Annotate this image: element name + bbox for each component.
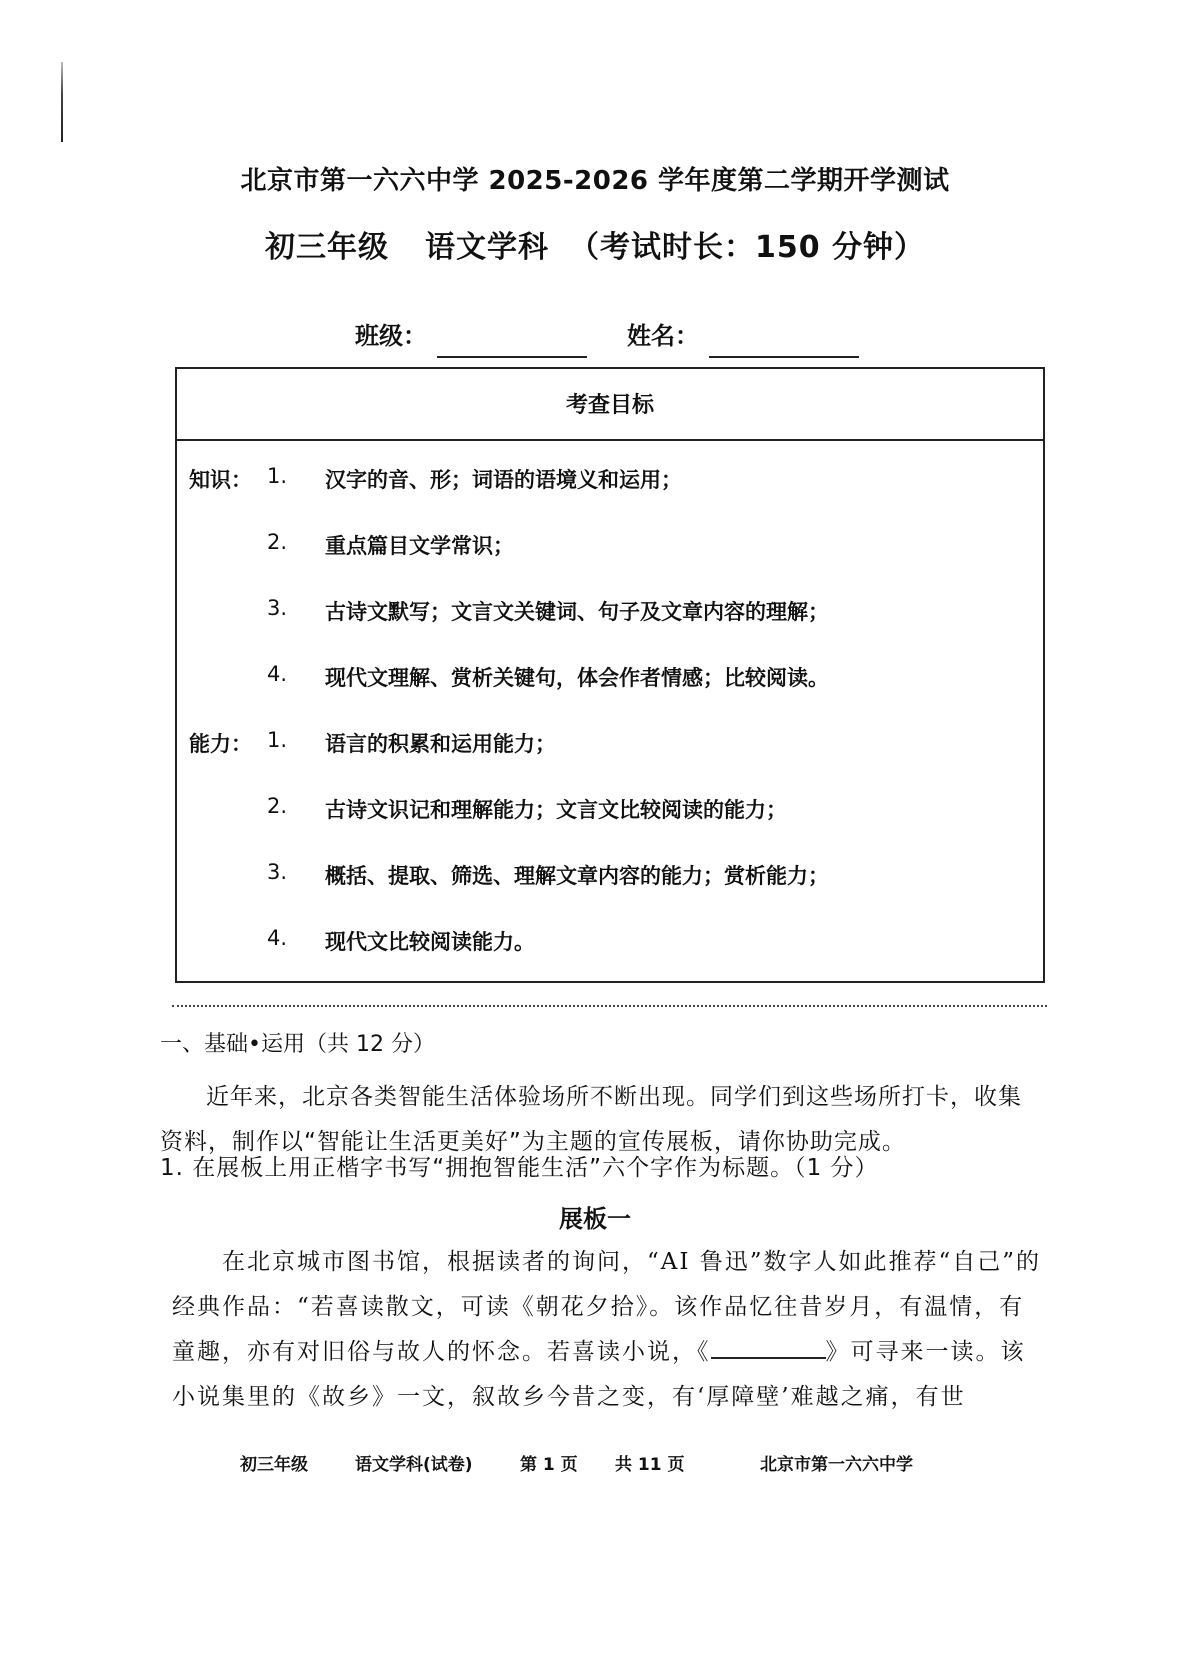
duration-label: （考试时长：150 分钟） <box>569 230 925 265</box>
name-label: 姓名： <box>627 316 699 351</box>
footer-total: 共 11 页 <box>615 1450 760 1475</box>
board-title: 展板一 <box>0 1199 1190 1234</box>
page-footer: 初三年级 语文学科(试卷) 第 1 页 共 11 页 北京市第一六六中学 <box>240 1450 913 1475</box>
footer-page: 第 1 页 <box>520 1450 615 1475</box>
binding-mark <box>61 62 63 142</box>
footer-subject: 语文学科(试卷) <box>355 1450 520 1475</box>
class-field[interactable] <box>437 356 587 358</box>
section-title: 一、基础•运用（共 12 分） <box>160 1027 435 1058</box>
book-title-blank[interactable] <box>711 1337 826 1359</box>
class-label: 班级： <box>355 316 427 351</box>
exam-subtitle: 初三年级语文学科（考试时长：150 分钟） <box>0 222 1190 266</box>
subject-label: 语文学科 <box>425 230 549 265</box>
footer-school: 北京市第一六六中学 <box>760 1450 913 1475</box>
exam-title: 北京市第一六六中学 2025-2026 学年度第二学期开学测试 <box>0 160 1190 197</box>
grade-label: 初三年级 <box>265 230 389 265</box>
ability-label: 能力： <box>189 728 252 758</box>
name-field[interactable] <box>709 356 859 358</box>
exam-goals-box: 考查目标 知识： 1. 汉字的音、形；词语的语境义和运用； 2. 重点篇目文学常… <box>175 367 1045 983</box>
footer-grade: 初三年级 <box>240 1450 355 1475</box>
knowledge-label: 知识： <box>189 464 252 494</box>
goals-heading: 考查目标 <box>177 369 1043 441</box>
question-1: 1. 在展板上用正楷字书写“拥抱智能生活”六个字作为标题。（1 分） <box>160 1149 879 1182</box>
student-info: 班级： 姓名： <box>355 316 859 351</box>
section-divider <box>172 1005 1047 1007</box>
board-text: 在北京城市图书馆，根据读者的询问，“AI 鲁迅”数字人如此推荐“自己”的经典作品… <box>172 1240 1042 1420</box>
